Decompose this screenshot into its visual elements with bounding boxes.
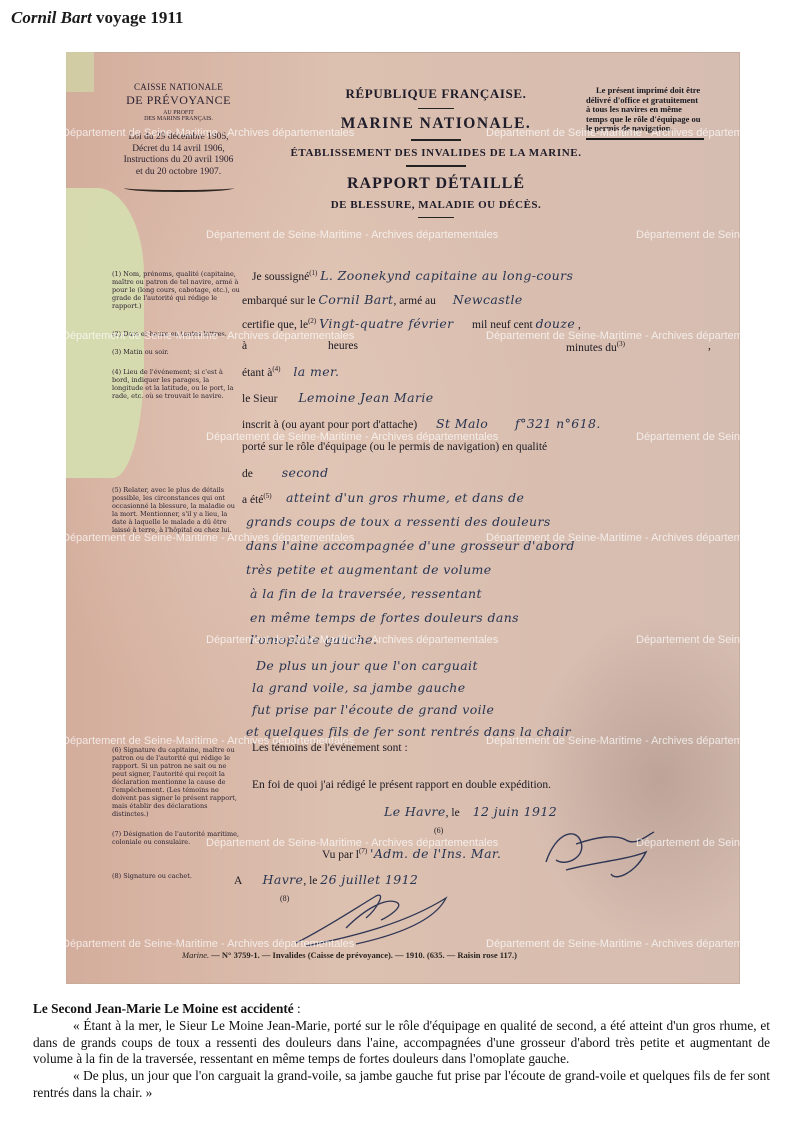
form-header: RÉPUBLIQUE FRANÇAISE. MARINE NATIONALE. … [276,86,596,224]
handwritten-vu-par: 'Adm. de l'Ins. Mar. [370,846,501,861]
margin-note-1: (1) Nom, prénoms, qualité (capitaine, ma… [112,270,242,310]
caisse-line: DE PRÉVOYANCE [86,93,271,108]
form-line-etant: étant à(4) la mer. [242,364,339,379]
comma: , [708,340,711,352]
label: à [242,340,247,352]
ref: (2) [308,317,316,325]
handwritten-lieu-visa: Havre [263,872,304,887]
law-line: Décret du 14 avril 1906, [86,144,271,156]
ref: (1) [309,269,317,277]
form-line-a-ete: a été(5) [242,492,272,506]
watermark: Département de Seine-Maritime - Archives… [636,431,800,443]
law-references: Loi du 29 décembre 1905, Décret du 14 av… [86,132,271,178]
form-line-inscrit: inscrit à (ou ayant pour port d'attache)… [242,416,601,431]
ref: (3) [617,340,625,348]
narrative-line: dans l'aine accompagnée d'une grosseur d… [246,538,575,553]
watermark: Département de Seine-Maritime - Archives… [636,229,800,241]
divider [418,108,454,109]
handwritten-lieu: la mer. [293,364,339,379]
form-line-soussigne: Je soussigné(1) L. Zoonekynd capitaine a… [252,268,573,283]
label-group: minutes du(3) [566,340,625,354]
ref-6: (6) [434,826,443,835]
transcription: Le Second Jean-Marie Le Moine est accide… [33,1001,770,1102]
caisse-line: DES MARINS FRANÇAIS. [86,116,271,122]
transcription-paragraph: « De plus, un jour que l'on carguait la … [33,1068,770,1102]
label: porté sur le rôle d'équipage (ou le perm… [242,441,547,453]
rapport-subtitle: DE BLESSURE, MALADIE OU DÉCÈS. [276,199,596,211]
form-line-certifie: certifie que, le(2) Vingt-quatre février… [242,316,581,331]
caisse-line: CAISSE NATIONALE [86,82,271,92]
narrative-line: en même temps de fortes douleurs dans [250,610,519,625]
ref: (5) [263,492,271,500]
law-line: Loi du 29 décembre 1905, [86,132,271,144]
handwritten-date-redaction: 12 juin 1912 [473,804,557,819]
form-line-visa: A Havre, le 26 juillet 1912 [234,872,418,887]
law-line: Instructions du 20 avril 1906 [86,155,271,167]
form-line-lieu-date: Le Havre, le 12 juin 1912 [384,804,557,819]
form-line-qualite: de second [242,465,329,480]
margin-note-2: (2) Date et heure en toutes lettres. [112,330,242,338]
heading-suffix: : [294,1001,301,1016]
form-line-porte: porté sur le rôle d'équipage (ou le perm… [242,441,547,453]
handwritten-date-visa: 26 juillet 1912 [320,872,418,887]
label: Les témoins de l'événement sont : [252,742,408,754]
republique-title: RÉPUBLIQUE FRANÇAISE. [276,86,596,102]
margin-note-8: (8) Signature ou cachet. [112,872,242,880]
divider [406,165,466,167]
form-line-en-foi: En foi de quoi j'ai rédigé le présent ra… [252,779,551,791]
voyage-year: voyage 1911 [92,8,184,27]
handwritten-port-attache: St Malo [436,416,488,431]
label: embarqué sur le [242,295,315,307]
narrative-line: la grand voile, sa jambe gauche [252,680,466,695]
narrative-line: à la fin de la traversée, ressentant [250,586,482,601]
handwritten-navire: Cornil Bart [318,292,393,307]
margin-note-3: (3) Matin ou soir. [112,348,242,356]
notice-box: Le présent imprimé doit être délivré d'o… [586,86,704,140]
narrative-line: l'omoplate gauche. [250,632,377,647]
margin-note-5: (5) Relater, avec le plus de détails pos… [112,486,242,534]
margin-note-6: (6) Signature du capitaine, maître ou pa… [112,746,242,818]
divider [418,217,454,218]
label: étant à [242,367,272,379]
watermark: Département de Seine-Maritime - Archives… [636,634,800,646]
transcription-heading-line: Le Second Jean-Marie Le Moine est accide… [33,1001,770,1018]
label: de [242,468,253,480]
caisse-header: CAISSE NATIONALE DE PRÉVOYANCE AU PROFIT… [86,82,271,192]
label: certifie que, le [242,319,308,331]
margin-note-4: (4) Lieu de l'événement; si c'est à bord… [112,368,242,400]
label: inscrit à (ou ayant pour port d'attache) [242,419,417,431]
imprint-marine: Marine. [182,950,209,960]
scanned-document: CAISSE NATIONALE DE PRÉVOYANCE AU PROFIT… [66,52,740,984]
ref: (7) [359,847,367,855]
authority-signature [286,888,456,948]
label: Vu par l [322,849,359,861]
handwritten-soussigne: L. Zoonekynd capitaine au long-cours [320,268,573,283]
label: a été [242,494,263,506]
handwritten-port-armement: Newcastle [453,292,523,307]
label: En foi de quoi j'ai rédigé le présent ra… [252,779,551,791]
ref: (4) [272,365,280,373]
page-title: Cornil Bart voyage 1911 [11,8,183,28]
narrative-line: fut prise par l'écoute de grand voile [252,702,494,717]
label: le Sieur [242,393,277,405]
handwritten-lieu-redaction: Le Havre [384,804,446,819]
label: , le [303,875,317,887]
narrative-line: et quelques fils de fer sont rentrés dan… [246,724,571,739]
form-line-vu-par: Vu par l(7) 'Adm. de l'Ins. Mar. [322,846,501,861]
divider [411,139,461,141]
form-line-embarque: embarqué sur le Cornil Bart, armé au New… [242,292,523,307]
imprint-text: — N° 3759-1. — Invalides (Caisse de prév… [209,950,517,960]
narrative-line: très petite et augmentant de volume [246,562,492,577]
label: heures [328,340,358,352]
label: Je soussigné [252,271,309,283]
transcription-paragraph: « Étant à la mer, le Sieur Le Moine Jean… [33,1018,770,1068]
notice-text: Le présent imprimé doit être délivré d'o… [586,86,704,134]
form-line-temoins: Les témoins de l'événement sont : [252,742,408,754]
narrative-line: De plus un jour que l'on carguait [256,658,478,673]
handwritten-date: Vingt-quatre février [319,316,469,331]
form-line-sieur: le Sieur Lemoine Jean Marie [242,390,434,405]
etablissement-title: ÉTABLISSEMENT DES INVALIDES DE LA MARINE… [276,147,596,159]
ship-name: Cornil Bart [11,8,92,27]
watermark: Département de Seine-Maritime - Archives… [206,229,498,241]
label: mil neuf cent [472,319,533,331]
watermark: Département de Seine-Maritime - Archives… [486,938,778,950]
handwritten-sieur: Lemoine Jean Marie [298,390,433,405]
label: minutes du [566,342,617,354]
margin-note-7: (7) Désignation de l'autorité maritime, … [112,830,242,846]
captain-signature [526,822,666,892]
law-line: et du 20 octobre 1907. [86,167,271,179]
form-line-heure: à heures minutes du(3) , [242,340,712,352]
label: A [234,875,242,887]
label: , armé au [393,295,435,307]
handwritten-year: douze [536,316,576,331]
printer-imprint: Marine. — N° 3759-1. — Invalides (Caisse… [182,950,517,960]
flourish-divider [124,184,234,192]
handwritten-folio: f°321 n°618. [515,416,601,431]
marine-title: MARINE NATIONALE. [276,115,596,133]
narrative-line: atteint d'un gros rhume, et dans de [286,490,524,505]
handwritten-qualite: second [282,465,329,480]
transcription-heading: Le Second Jean-Marie Le Moine est accide… [33,1001,294,1016]
narrative-line: grands coups de toux a ressenti des doul… [246,514,551,529]
rapport-title: RAPPORT DÉTAILLÉ [276,175,596,193]
label: , le [446,807,460,819]
